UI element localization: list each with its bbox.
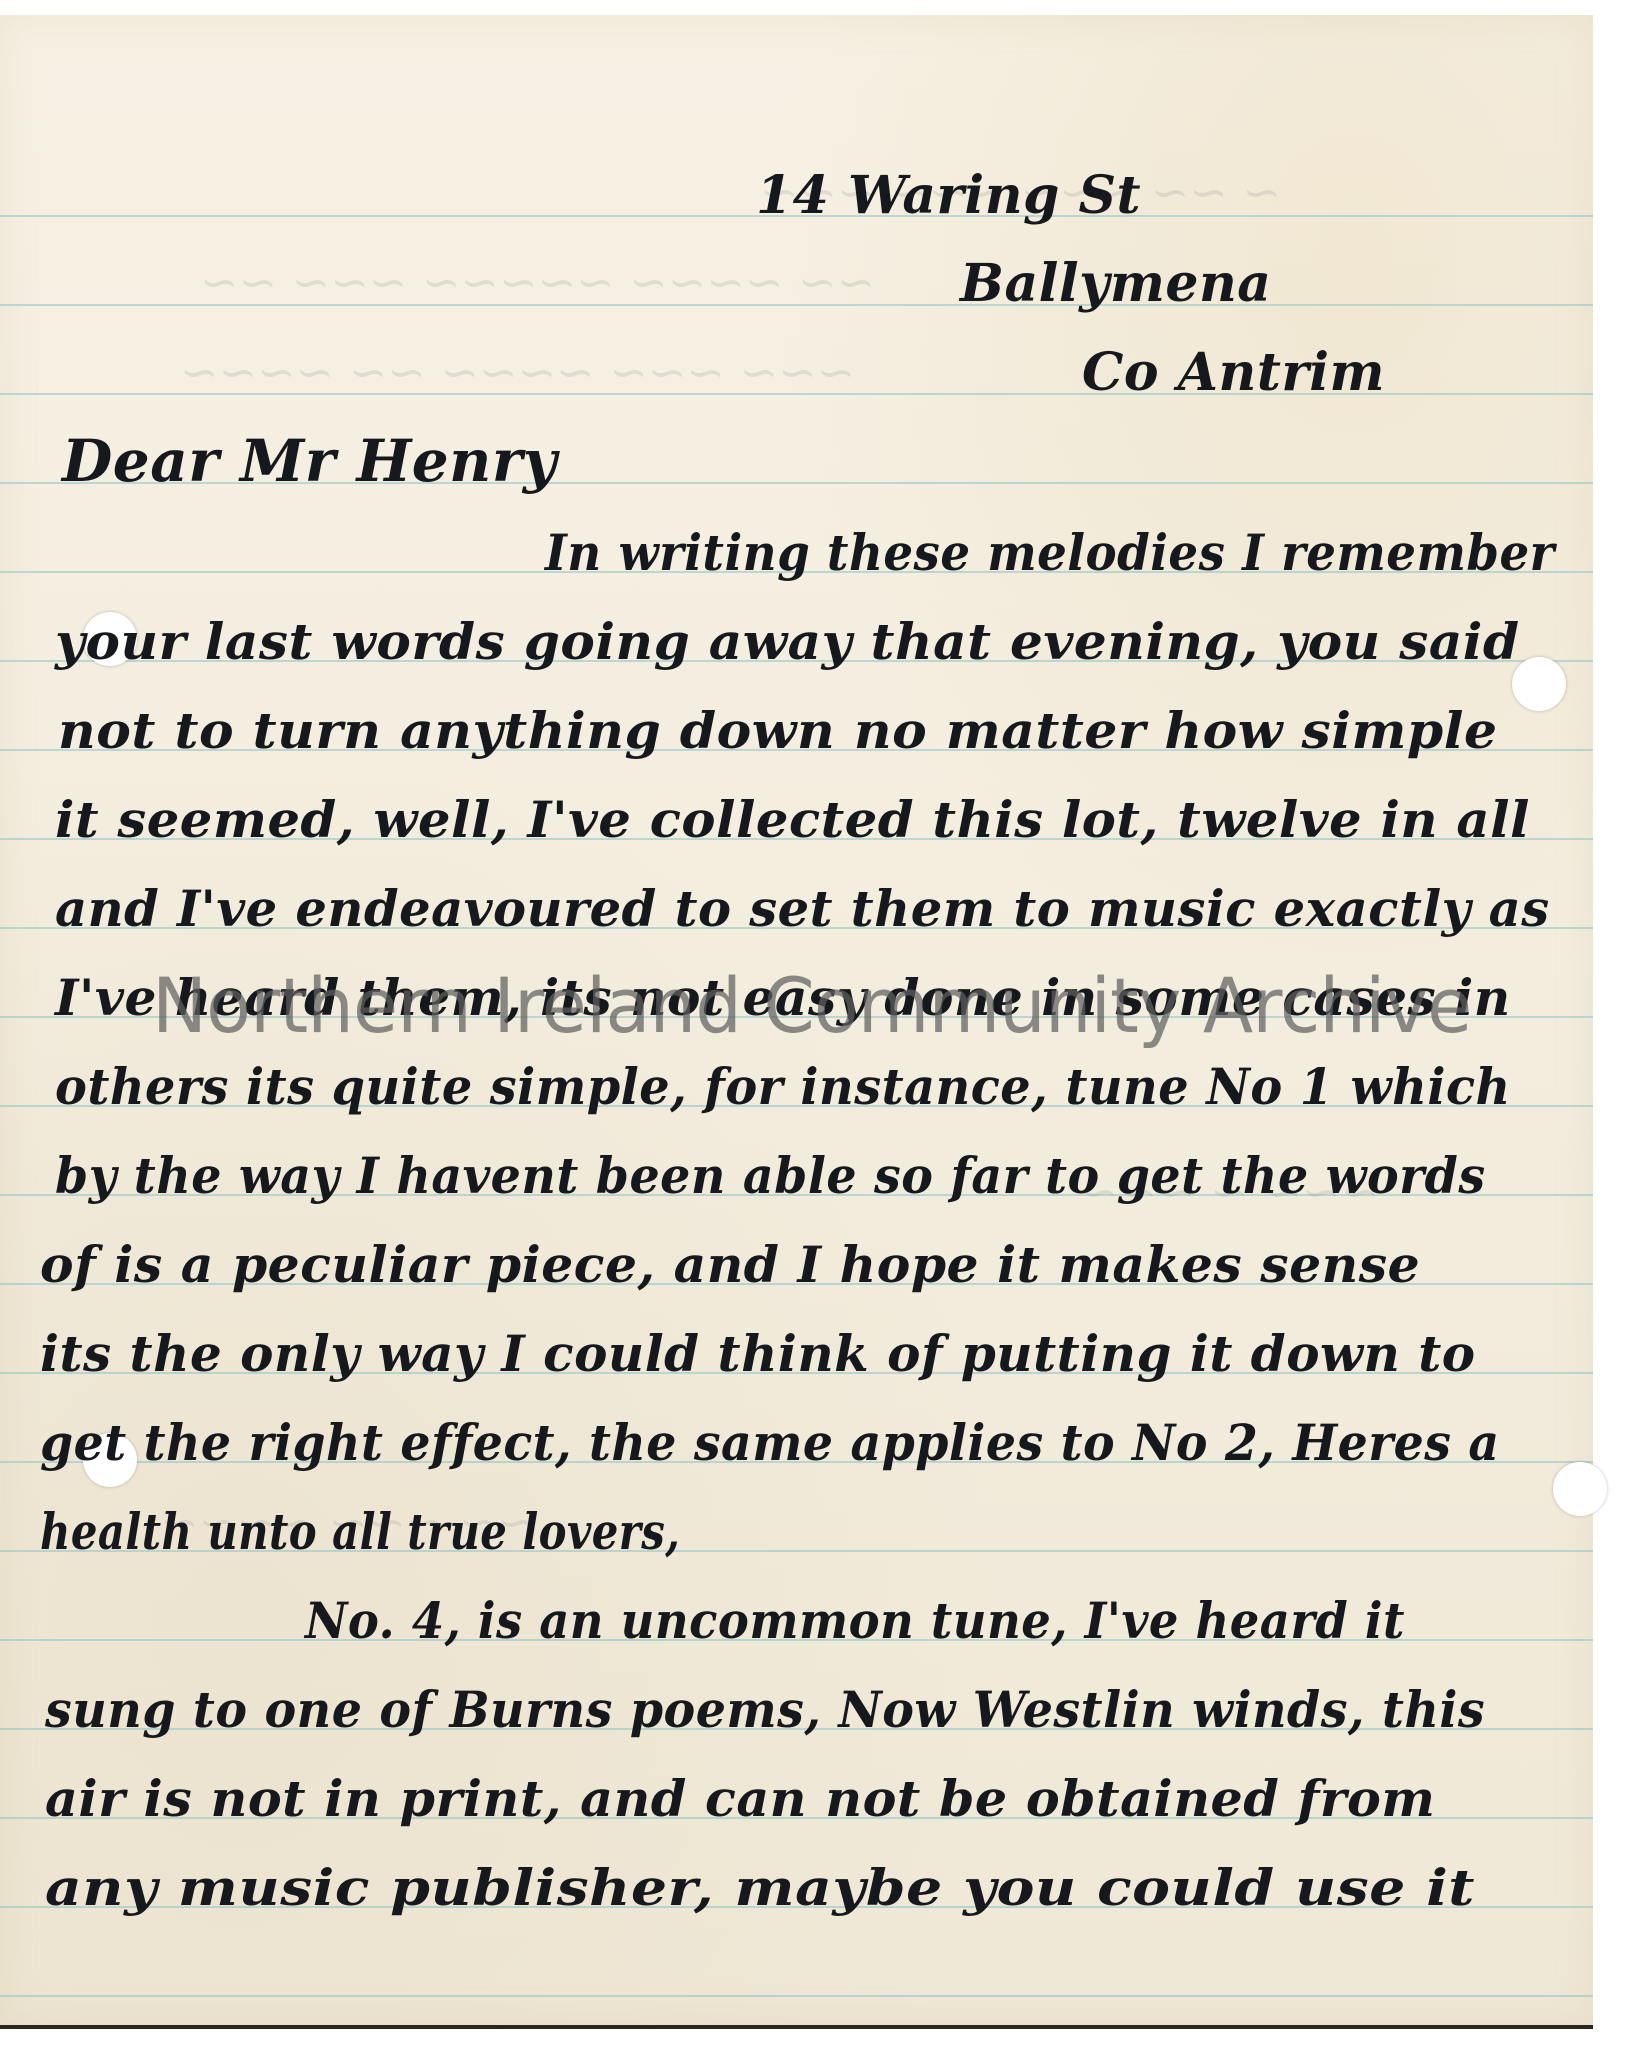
body-line: by the way I havent been able so far to …: [55, 1151, 1486, 1201]
body-line: your last words going away that evening,…: [55, 617, 1520, 667]
body-line: air is not in print, and can not be obta…: [45, 1774, 1435, 1824]
body-line: In writing these melodies I remember: [545, 528, 1555, 578]
body-line: any music publisher, maybe you could use…: [45, 1863, 1475, 1913]
reverse-side-showthrough: ~~~ ~~~ ~~~~ ~~ ~~~~: [180, 345, 855, 399]
body-line: others its quite simple, for instance, t…: [55, 1062, 1511, 1112]
body-line: not to turn anything down no matter how …: [58, 706, 1498, 756]
address-street: 14 Waring St: [756, 170, 1141, 222]
body-line: No. 4, is an uncommon tune, I've heard i…: [305, 1596, 1405, 1646]
salutation: Dear Mr Henry: [62, 432, 557, 490]
body-line: get the right effect, the same applies t…: [40, 1418, 1500, 1468]
body-line: sung to one of Burns poems, Now Westlin …: [45, 1685, 1485, 1735]
body-line: it seemed, well, I've collected this lot…: [55, 795, 1530, 845]
address-town: Ballymena: [960, 258, 1271, 310]
body-line: and I've endeavoured to set them to musi…: [55, 884, 1550, 934]
punch-hole: [1553, 1462, 1607, 1516]
body-line: its the only way I could think of puttin…: [40, 1329, 1476, 1379]
punch-hole: [1512, 657, 1566, 711]
body-line: of is a peculiar piece, and I hope it ma…: [40, 1240, 1420, 1290]
reverse-side-showthrough: ~~ ~~~~ ~~~~~ ~~~ ~~: [200, 255, 875, 309]
ruled-line: [0, 1995, 1593, 1997]
address-county: Co Antrim: [1082, 347, 1385, 399]
body-line: health unto all true lovers,: [40, 1507, 680, 1557]
archive-watermark: Northern Ireland Community Archive: [152, 968, 1430, 1044]
